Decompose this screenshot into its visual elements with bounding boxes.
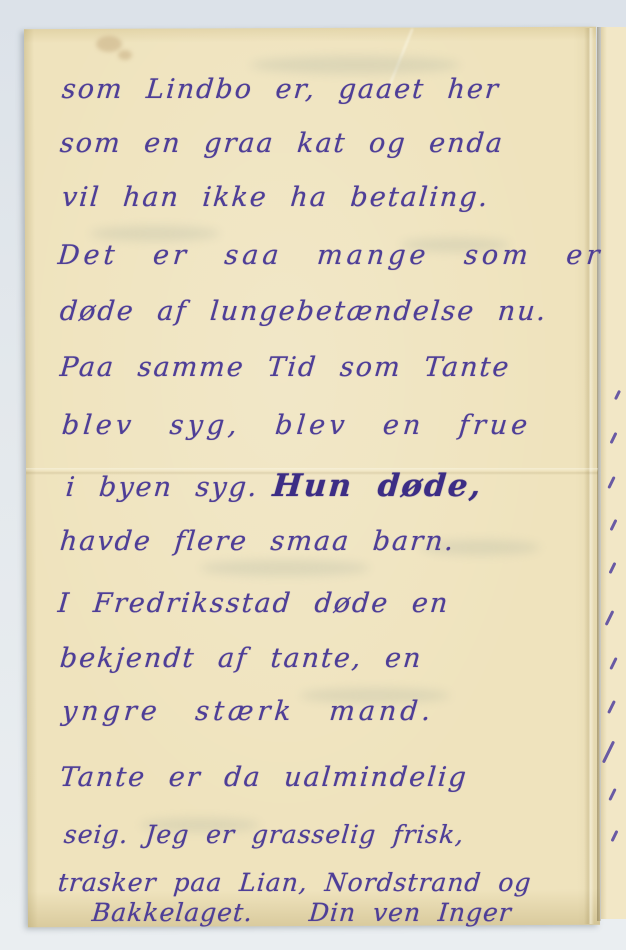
letter-line: Tante er da ualmindelig xyxy=(59,762,470,793)
letter-line: vil han ikke ha betaling. xyxy=(61,182,491,213)
letter-line: Bakkelaget.Din ven Inger xyxy=(91,898,513,927)
letter-line: havde flere smaa barn. xyxy=(59,526,457,557)
emphasized-text: Hun døde, xyxy=(271,468,484,504)
line-text: yngre stærk mand. xyxy=(61,696,436,727)
letter-line: I Fredriksstad døde en xyxy=(57,588,451,619)
adjacent-page-sliver xyxy=(601,27,626,919)
vertical-fold-crease xyxy=(584,28,594,924)
letter-line: som en graa kat og enda xyxy=(59,128,506,159)
letter-line: bekjendt af tante, en xyxy=(59,643,424,674)
letter-line: døde af lungebetændelse nu. xyxy=(59,296,549,327)
line-text: havde flere smaa barn. xyxy=(59,526,457,557)
line-text: vil han ikke ha betaling. xyxy=(61,182,491,213)
ink-bleedthrough xyxy=(250,56,460,74)
line-text: som Lindbo er, gaaet her xyxy=(61,74,502,105)
line-text: I Fredriksstad døde en xyxy=(57,588,451,619)
line-text: Paa samme Tid som Tante xyxy=(59,352,512,383)
scanned-letter-page: som Lindbo er, gaaet her som en graa kat… xyxy=(0,0,626,950)
line-text: døde af lungebetændelse nu. xyxy=(59,296,549,327)
line-text: Bakkelaget. xyxy=(91,898,255,927)
line-text: i byen syg. xyxy=(65,472,260,503)
letter-line: seig. Jeg er grasselig frisk, xyxy=(63,820,466,849)
paper-wear-spot xyxy=(118,50,132,60)
paper-wear-spot xyxy=(96,36,122,52)
ink-bleedthrough xyxy=(90,226,220,241)
line-text: Tante er da ualmindelig xyxy=(59,762,470,793)
line-text: bekjendt af tante, en xyxy=(59,643,424,674)
line-text: trasker paa Lian, Nordstrand og xyxy=(57,868,533,897)
line-text: seig. Jeg er grasselig frisk, xyxy=(63,820,466,849)
letter-line: som Lindbo er, gaaet her xyxy=(61,74,502,105)
letter-line: Det er saa mange som er xyxy=(57,240,605,271)
letter-line: Paa samme Tid som Tante xyxy=(59,352,512,383)
line-text: Det er saa mange som er xyxy=(57,240,605,271)
ink-bleedthrough xyxy=(200,560,370,576)
letter-line: trasker paa Lian, Nordstrand og xyxy=(57,868,533,897)
line-text: som en graa kat og enda xyxy=(59,128,506,159)
letter-line: blev syg, blev en frue xyxy=(61,410,533,441)
letter-line: yngre stærk mand. xyxy=(61,696,436,727)
line-text: blev syg, blev en frue xyxy=(61,410,533,441)
letter-line: i byen syg.Hun døde, xyxy=(64,468,484,504)
signature-text: Din ven Inger xyxy=(308,898,513,927)
